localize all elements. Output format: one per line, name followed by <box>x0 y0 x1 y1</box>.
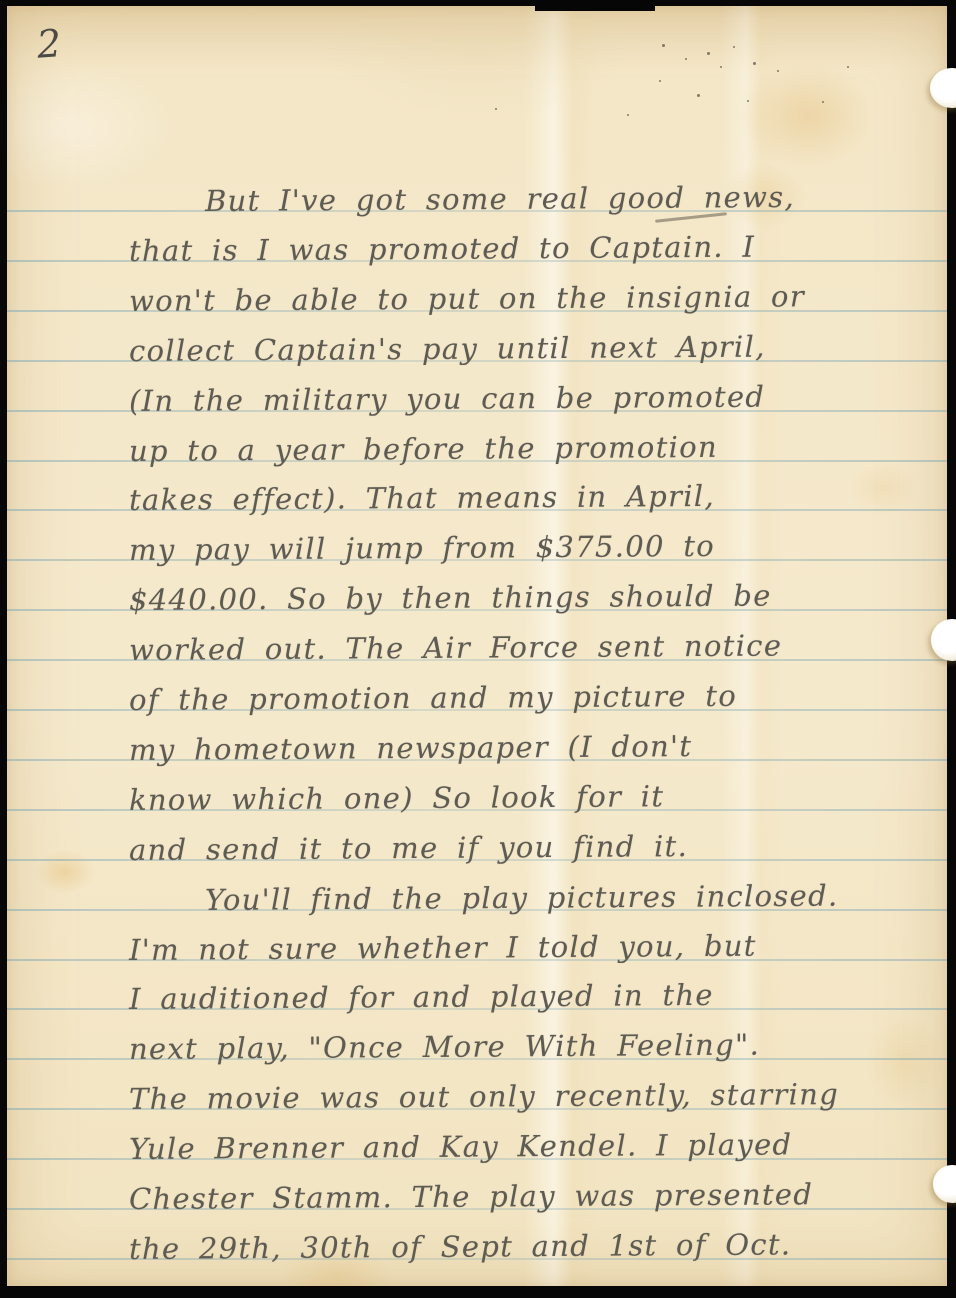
ink-speck <box>847 66 849 68</box>
letter-line: won't be able to put on the insignia or <box>129 277 805 320</box>
page-number: 2 <box>35 21 62 67</box>
letter-line: worked out. The Air Force sent notice <box>129 627 782 670</box>
letter-line: I'm not sure whether I told you, but <box>129 926 757 968</box>
letter-line: the 29th, 30th of Sept and 1st of Oct. <box>129 1225 792 1268</box>
scanned-letter-page: 2 But I've got some real good news,that … <box>0 0 956 1298</box>
letter-line: up to a year before the promotion <box>129 427 718 469</box>
letter-line: I auditioned for and played in the <box>129 976 714 1018</box>
letter-line: You'll find the play pictures inclosed. <box>205 876 839 918</box>
ink-speck <box>733 46 735 48</box>
letter-line: Chester Stamm. The play was presented <box>129 1175 813 1218</box>
scanner-gap <box>535 0 655 11</box>
letter-line: takes effect). That means in April, <box>129 477 715 519</box>
ink-speck <box>777 70 779 72</box>
ink-speck <box>822 101 824 103</box>
letter-line: Yule Brenner and Kay Kendel. I played <box>129 1125 793 1168</box>
letter-line: my pay will jump from $375.00 to <box>129 527 715 569</box>
ink-speck <box>495 108 497 110</box>
ink-speck <box>720 66 722 68</box>
letter-line: that is I was promoted to Captain. I <box>129 228 755 270</box>
ink-speck <box>627 114 629 116</box>
letter-line: (In the military you can be promoted <box>129 377 765 419</box>
letter-line: The movie was out only recently, starrin… <box>129 1075 839 1118</box>
letter-line: collect Captain's pay until next April, <box>129 327 766 369</box>
ink-speck <box>659 80 661 82</box>
letter-line: my hometown newspaper (I don't <box>129 727 693 769</box>
letter-line: next play, "Once More With Feeling". <box>129 1026 760 1068</box>
ink-speck <box>662 44 665 47</box>
ink-speck <box>753 62 756 65</box>
letter-line: of the promotion and my picture to <box>129 677 737 719</box>
ink-speck <box>685 58 687 60</box>
ink-speck <box>747 100 749 102</box>
letter-line: and send it to me if you find it. <box>129 827 688 869</box>
ink-speck <box>707 52 710 55</box>
ink-speck <box>697 94 700 97</box>
paper-sheet: 2 But I've got some real good news,that … <box>7 6 947 1286</box>
letter-line: know which one) So look for it <box>129 777 664 819</box>
letter-line: $440.00. So by then things should be <box>129 577 772 619</box>
